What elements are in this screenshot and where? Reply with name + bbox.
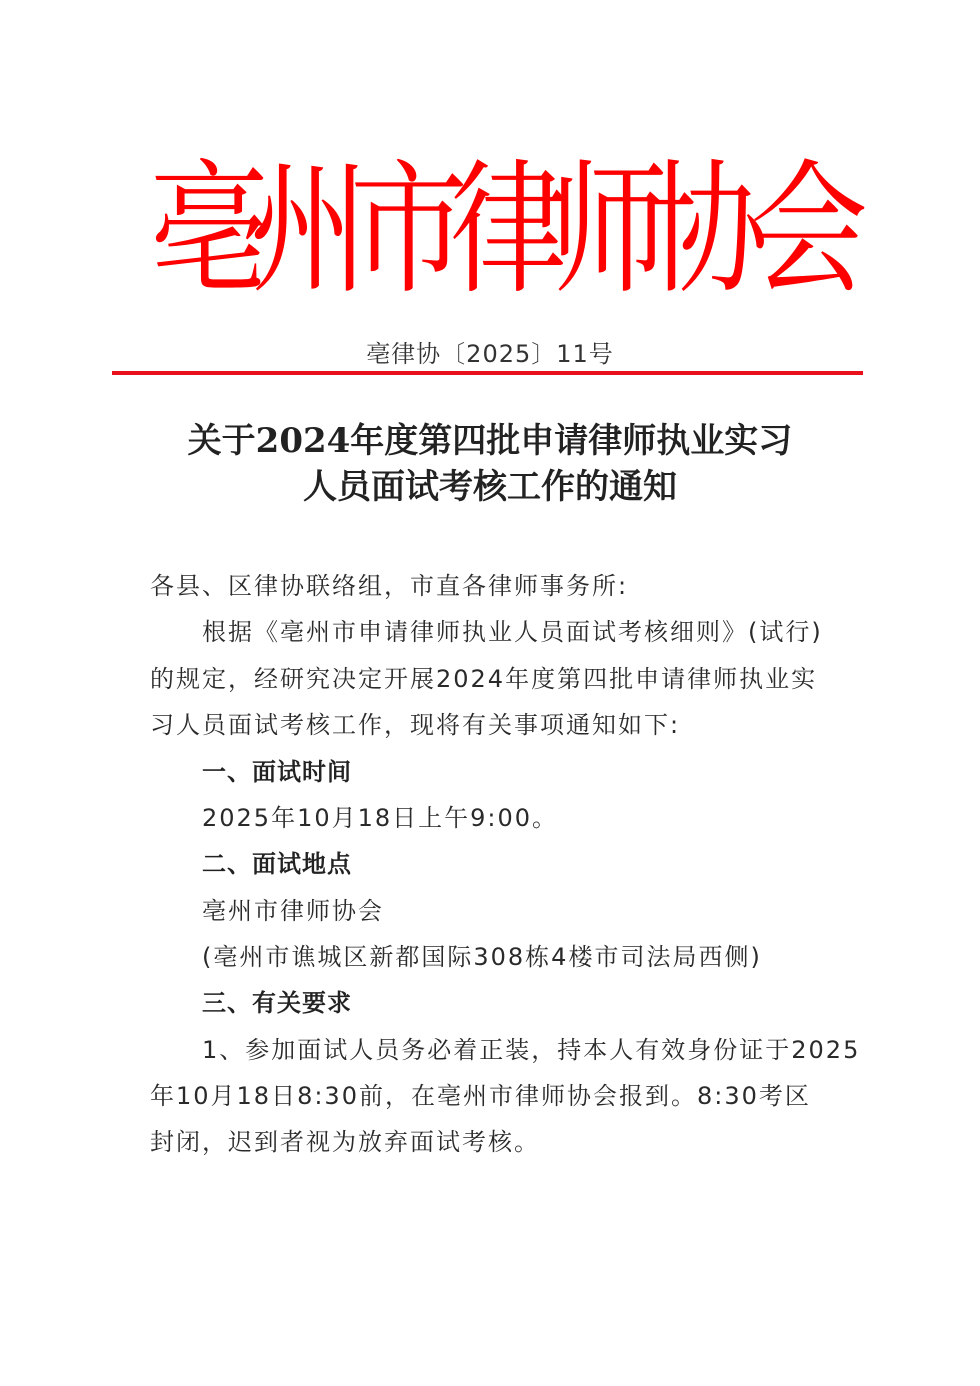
interview-time: 2025年10月18日上午9:00。 <box>202 798 892 833</box>
document-page: 亳州市律师协会 亳律协〔2025〕11号 关于2024年度第四批申请律师执业实习… <box>0 0 980 1386</box>
document-number: 亳律协〔2025〕11号 <box>0 334 980 369</box>
title-line-2: 人员面试考核工作的通知 <box>0 464 980 510</box>
document-title: 关于2024年度第四批申请律师执业实习 人员面试考核工作的通知 <box>0 418 980 510</box>
section-heading-requirements: 三、有关要求 <box>202 983 892 1018</box>
title-line-1: 关于2024年度第四批申请律师执业实习 <box>0 418 980 464</box>
section-heading-location: 二、面试地点 <box>202 844 892 879</box>
requirement-line-1: 1、参加面试人员务必着正装，持本人有效身份证于2025 <box>202 1030 892 1065</box>
requirement-line-2: 年10月18日8:30前，在亳州市律师协会报到。8:30考区 <box>150 1076 840 1111</box>
organization-heading: 亳州市律师协会 <box>150 138 830 321</box>
section-heading-time: 一、面试时间 <box>202 752 892 787</box>
intro-line-3: 习人员面试考核工作，现将有关事项通知如下: <box>150 705 840 740</box>
location-name: 亳州市律师协会 <box>202 891 892 926</box>
location-address: (亳州市谯城区新都国际308栋4楼市司法局西侧) <box>202 937 892 972</box>
requirement-line-3: 封闭，迟到者视为放弃面试考核。 <box>150 1122 840 1157</box>
intro-line-2: 的规定，经研究决定开展2024年度第四批申请律师执业实 <box>150 659 840 694</box>
intro-line-1: 根据《亳州市申请律师执业人员面试考核细则》(试行) <box>202 612 892 647</box>
salutation: 各县、区律协联络组，市直各律师事务所: <box>150 566 840 601</box>
red-divider <box>112 371 863 375</box>
